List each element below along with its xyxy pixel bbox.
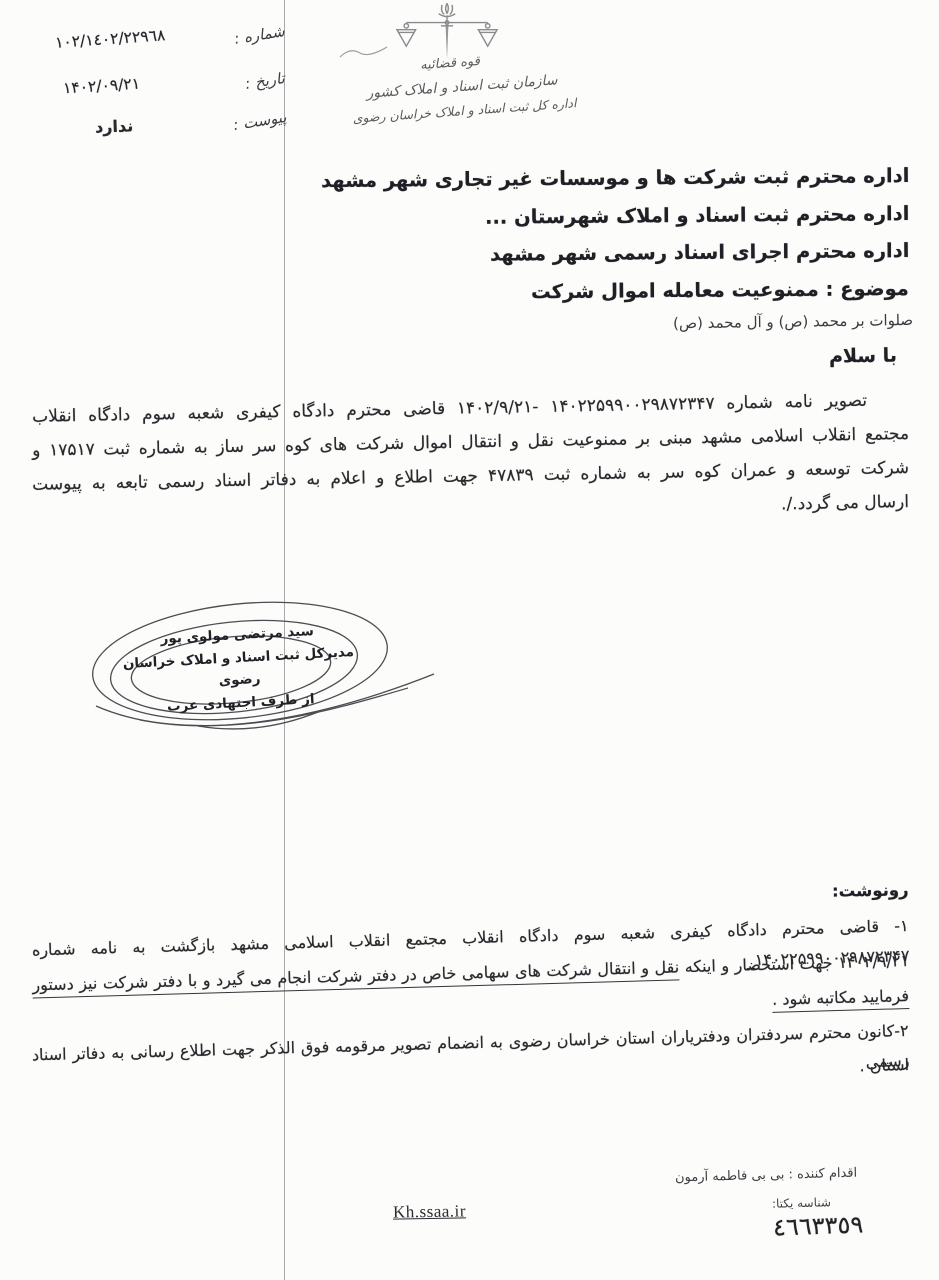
recipient-line-2: اداره محترم ثبت اسناد و املاک شهرستان ..…	[485, 202, 910, 229]
salawat-line: صلوات بر محمد (ص) و آل محمد (ص)	[673, 311, 913, 332]
cc-item1-line2-plain: ۱۴۰۲/۹/۲۱ جهت استحضار و اینکه	[679, 951, 909, 976]
meta-date-value: ۱۴۰۲/۰۹/۲۱	[63, 75, 141, 98]
recipient-line-3: اداره محترم اجرای اسناد رسمی شهر مشهد	[490, 239, 910, 266]
meta-number-label: شماره :	[233, 22, 286, 48]
footer-website-link: Kh.ssaa.ir	[393, 1201, 466, 1222]
greeting-line: با سلام	[829, 345, 897, 368]
meta-number-value: ١٠٢/١٤٠٢/٢٢٩٦٨	[55, 26, 166, 52]
recipient-line-1: اداره محترم ثبت شرکت ها و موسسات غیر تجا…	[321, 164, 910, 192]
subject-line: موضوع : ممنوعیت معامله اموال شرکت	[531, 277, 909, 303]
footer-unique-id-value: ٤٦٦٣٣٥٩	[772, 1210, 863, 1241]
meta-date-label: تاریخ :	[244, 69, 286, 93]
footer-actor: اقدام کننده : بی بی فاطمه آرمون	[675, 1166, 858, 1186]
meta-attachment-value: ندارد	[95, 116, 134, 136]
signature-stamp-text: سید مرتضی مولوی پور مدیرکل ثبت اسناد و ا…	[108, 617, 370, 720]
meta-attachment-label: پیوست :	[232, 108, 288, 134]
cc-heading: رونوشت:	[832, 880, 909, 900]
footer-unique-id-label: شناسه یکتا:	[772, 1195, 831, 1211]
cc-item1-line3-underlined: فرمایید مکاتبه شود .	[772, 986, 909, 1012]
scanned-letter-page: قوه قضائیه سازمان ثبت اسناد و املاک کشور…	[0, 0, 939, 1280]
